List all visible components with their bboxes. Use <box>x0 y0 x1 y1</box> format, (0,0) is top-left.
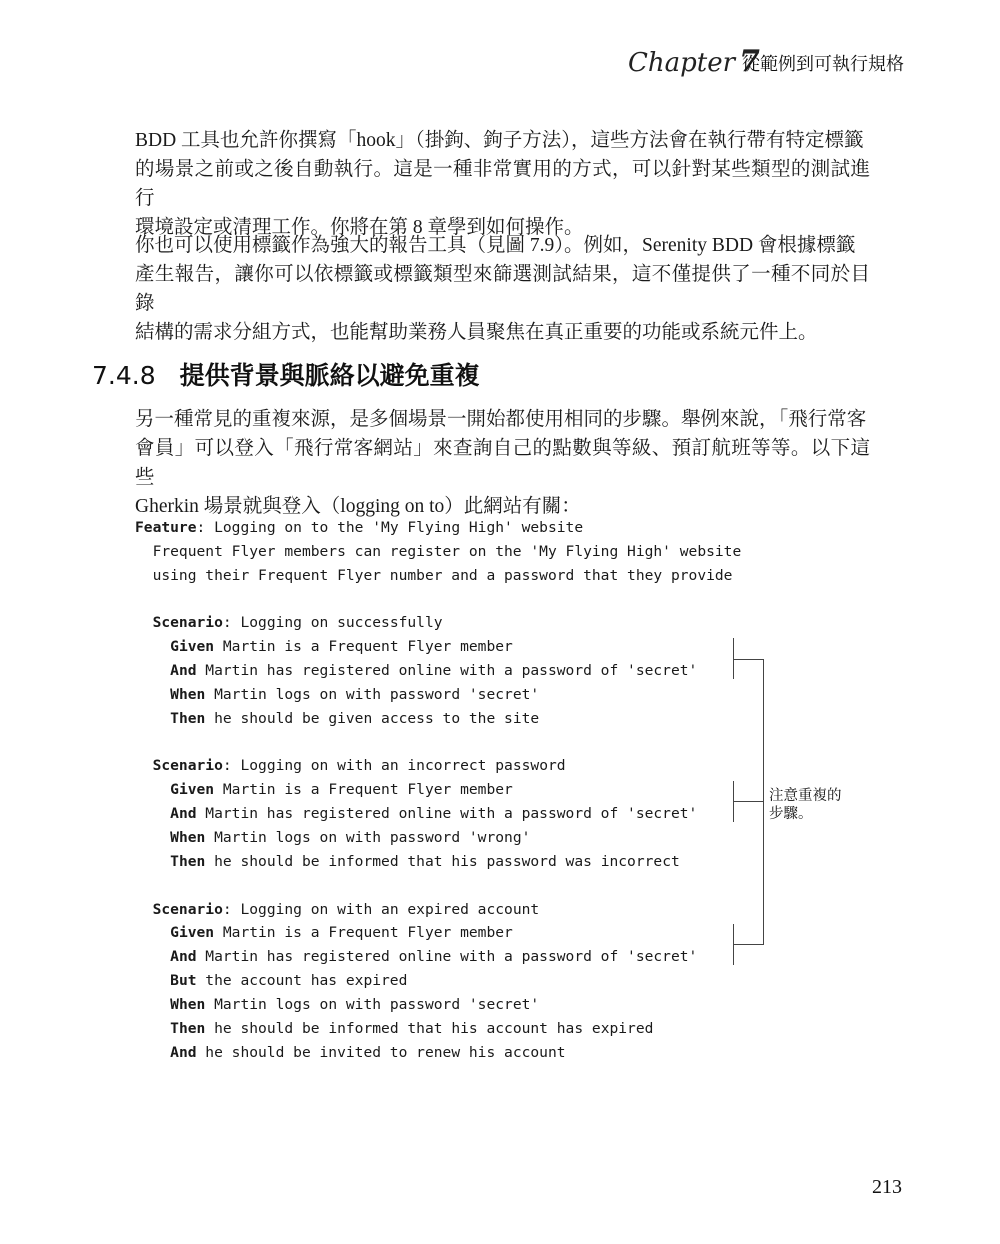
code-indent <box>135 924 170 941</box>
paragraph-line: 的場景之前或之後自動執行。這是一種非常實用的方式，可以針對某些類型的測試進行 <box>135 155 870 213</box>
bracket-spine <box>763 659 764 945</box>
code-indent <box>135 710 170 727</box>
code-line: When Martin logs on with password 'wrong… <box>135 826 741 850</box>
code-indent <box>135 757 153 774</box>
code-indent <box>135 996 170 1013</box>
code-text: he should be informed that his password … <box>205 853 679 870</box>
gherkin-keyword: And <box>170 1044 196 1061</box>
annotation-line: 步驟。 <box>769 805 842 823</box>
code-line: Feature: Logging on to the 'My Flying Hi… <box>135 516 741 540</box>
code-line: Scenario: Logging on successfully <box>135 611 741 635</box>
code-indent <box>135 853 170 870</box>
gherkin-keyword: When <box>170 829 205 846</box>
code-text: he should be invited to renew his accoun… <box>197 1044 566 1061</box>
chapter-title: 從範例到可執行規格 <box>742 50 904 76</box>
gherkin-keyword: Feature <box>135 519 197 536</box>
code-text: Martin logs on with password 'secret' <box>205 996 539 1013</box>
page-number: 213 <box>872 1176 902 1199</box>
gherkin-keyword: Scenario <box>153 757 223 774</box>
gherkin-keyword: Scenario <box>153 901 223 918</box>
gherkin-keyword: And <box>170 662 196 679</box>
code-line: using their Frequent Flyer number and a … <box>135 564 741 588</box>
code-line: Scenario: Logging on with an expired acc… <box>135 898 741 922</box>
code-indent <box>135 1044 170 1061</box>
code-text: Martin is a Frequent Flyer member <box>214 781 513 798</box>
code-line: Given Martin is a Frequent Flyer member <box>135 921 741 945</box>
paragraph-hooks: BDD 工具也允許你撰寫「hook」（掛鉤、鉤子方法），這些方法會在執行帶有特定… <box>135 126 870 242</box>
code-text: he should be informed that his account h… <box>205 1020 653 1037</box>
code-indent <box>135 1020 170 1037</box>
code-line <box>135 588 741 612</box>
paragraph-line: 產生報告，讓你可以依標籤或標籤類型來篩選測試結果，這不僅提供了一種不同於目錄 <box>135 260 870 318</box>
code-text: using their Frequent Flyer number and a … <box>153 567 733 584</box>
gherkin-keyword: When <box>170 996 205 1013</box>
code-text: Martin logs on with password 'secret' <box>205 686 539 703</box>
code-text: Martin has registered online with a pass… <box>197 805 698 822</box>
paragraph-line: 另一種常見的重複來源，是多個場景一開始都使用相同的步驟。舉例來說，「飛行常客 <box>135 405 870 434</box>
code-line: And he should be invited to renew his ac… <box>135 1041 741 1065</box>
code-indent <box>135 829 170 846</box>
paragraph-line: BDD 工具也允許你撰寫「hook」（掛鉤、鉤子方法），這些方法會在執行帶有特定… <box>135 126 870 155</box>
gherkin-keyword: Scenario <box>153 614 223 631</box>
gherkin-keyword: Then <box>170 710 205 727</box>
code-line: Frequent Flyer members can register on t… <box>135 540 741 564</box>
repeated-steps-annotation: 注意重複的 步驟。 <box>769 787 842 823</box>
code-indent <box>135 662 170 679</box>
code-text: Logging on with an expired account <box>232 901 540 918</box>
paragraph-line: 會員」可以登入「飛行常客網站」來查詢自己的點數與等級、預訂航班等等。以下這些 <box>135 434 870 492</box>
code-line: And Martin has registered online with a … <box>135 945 741 969</box>
gherkin-keyword: Given <box>170 638 214 655</box>
code-line: Then he should be informed that his pass… <box>135 850 741 874</box>
code-line: And Martin has registered online with a … <box>135 659 741 683</box>
code-indent <box>135 948 170 965</box>
code-line <box>135 874 741 898</box>
code-text: Logging on with an incorrect password <box>232 757 566 774</box>
code-line: Then he should be given access to the si… <box>135 707 741 731</box>
code-indent <box>135 638 170 655</box>
section-heading: 7.4.8提供背景與脈絡以避免重複 <box>92 356 480 392</box>
code-text: Martin logs on with password 'wrong' <box>205 829 530 846</box>
code-text: Martin has registered online with a pass… <box>197 948 698 965</box>
code-indent <box>135 614 153 631</box>
code-line: Scenario: Logging on with an incorrect p… <box>135 754 741 778</box>
code-line: But the account has expired <box>135 969 741 993</box>
gherkin-keyword: But <box>170 972 196 989</box>
paragraph-line: 結構的需求分組方式，也能幫助業務人員聚焦在真正重要的功能或系統元件上。 <box>135 318 870 347</box>
code-indent <box>135 781 170 798</box>
paragraph-intro: 另一種常見的重複來源，是多個場景一開始都使用相同的步驟。舉例來說，「飛行常客 會… <box>135 405 870 521</box>
gherkin-keyword: And <box>170 948 196 965</box>
code-line: Then he should be informed that his acco… <box>135 1017 741 1041</box>
code-line: Given Martin is a Frequent Flyer member <box>135 778 741 802</box>
code-indent <box>135 805 170 822</box>
gherkin-keyword: Then <box>170 853 205 870</box>
section-title: 提供背景與脈絡以避免重複 <box>180 361 480 390</box>
section-number: 7.4.8 <box>92 361 156 390</box>
code-text: Frequent Flyer members can register on t… <box>153 543 742 560</box>
gherkin-keyword: Given <box>170 781 214 798</box>
gherkin-code-block: Feature: Logging on to the 'My Flying Hi… <box>135 516 741 1064</box>
code-indent <box>135 972 170 989</box>
code-text: Logging on to the 'My Flying High' websi… <box>205 519 583 536</box>
bracket-arm-2 <box>733 801 763 802</box>
paragraph-reporting: 你也可以使用標籤作為強大的報告工具（見圖 7.9）。例如，Serenity BD… <box>135 231 870 347</box>
code-line: And Martin has registered online with a … <box>135 802 741 826</box>
code-indent <box>135 543 153 560</box>
chapter-word: Chapter <box>628 48 735 78</box>
gherkin-keyword: When <box>170 686 205 703</box>
code-indent <box>135 901 153 918</box>
code-text: Logging on successfully <box>232 614 443 631</box>
code-indent <box>135 686 170 703</box>
code-text: the account has expired <box>197 972 408 989</box>
code-line: Given Martin is a Frequent Flyer member <box>135 635 741 659</box>
bracket-arm-3 <box>733 944 763 945</box>
code-separator: : <box>223 901 232 918</box>
annotation-line: 注意重複的 <box>769 787 842 805</box>
gherkin-keyword: Then <box>170 1020 205 1037</box>
code-line <box>135 731 741 755</box>
gherkin-keyword: Given <box>170 924 214 941</box>
code-separator: : <box>223 614 232 631</box>
code-text: Martin is a Frequent Flyer member <box>214 924 513 941</box>
bracket-arm-1 <box>733 659 763 660</box>
gherkin-keyword: And <box>170 805 196 822</box>
chapter-label: Chapter7 <box>628 44 760 79</box>
code-text: Martin is a Frequent Flyer member <box>214 638 513 655</box>
code-separator: : <box>223 757 232 774</box>
code-separator: : <box>197 519 206 536</box>
code-text: Martin has registered online with a pass… <box>197 662 698 679</box>
code-text: he should be given access to the site <box>205 710 539 727</box>
code-line: When Martin logs on with password 'secre… <box>135 993 741 1017</box>
paragraph-line: 你也可以使用標籤作為強大的報告工具（見圖 7.9）。例如，Serenity BD… <box>135 231 870 260</box>
code-indent <box>135 567 153 584</box>
code-line: When Martin logs on with password 'secre… <box>135 683 741 707</box>
